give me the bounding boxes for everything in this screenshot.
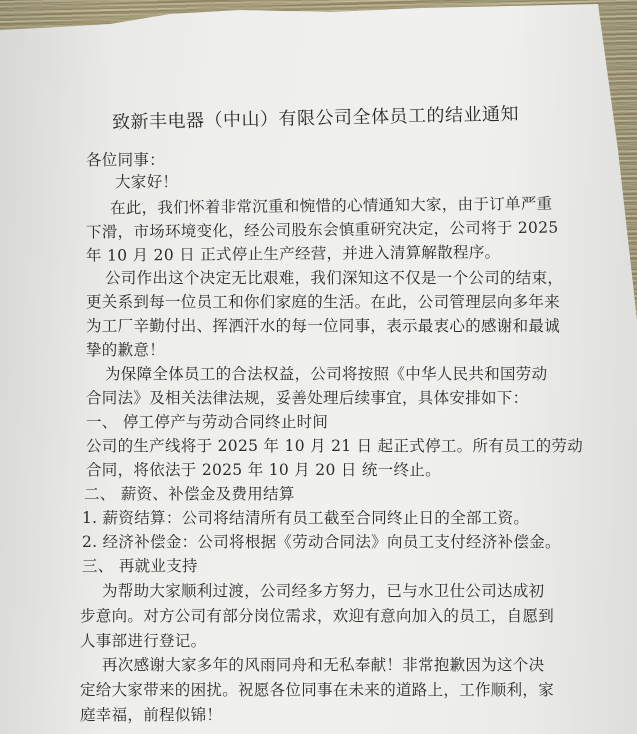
text-line: 步意向。对方公司有部分岗位需求，欢迎有意向加入的员工，自愿到 bbox=[80, 604, 554, 626]
text-line: 在此，我们怀着非常沉重和惋惜的心情通知大家，由于订单严重 bbox=[110, 192, 553, 219]
salutation: 各位同事： bbox=[86, 148, 165, 170]
text-line: 庭幸福，前程似锦！ bbox=[80, 703, 222, 725]
text-line: 定给大家带来的困扰。祝愿各位同事在未来的道路上，工作顺利，家 bbox=[80, 678, 554, 700]
text-line: 合同法》及相关法律法规，妥善处理后续事宜，具体安排如下： bbox=[86, 386, 528, 408]
text-line: 公司作出这个决定无比艰难，我们深知这不仅是一个公司的结束， bbox=[105, 266, 563, 288]
text-line: 更关系到每一位员工和你们家庭的生活。在此，公司管理层向多年来 bbox=[86, 290, 560, 312]
text-line: 挚的歉意！ bbox=[86, 338, 165, 360]
text-line: 为帮助大家顺利过渡，公司经多方努力，已与水卫仕公司达成初 bbox=[102, 579, 544, 601]
text-line: 为工厂辛勤付出、挥洒汗水的每一位同事，表示最衷心的感谢和最诚 bbox=[86, 314, 560, 336]
section-heading-1: 一、 停工停产与劳动合同终止时间 bbox=[86, 410, 328, 432]
text-line: 人事部进行登记。 bbox=[80, 629, 206, 651]
text-line: 年 10 月 20 日 正式停止生产经营，并进入清算解散程序。 bbox=[86, 240, 501, 266]
list-item: 2. 经济补偿金：公司将根据《劳动合同法》向员工支付经济补偿金。 bbox=[82, 530, 561, 552]
text-line: 合同，将依法于 2025 年 10 月 20 日 统一终止。 bbox=[86, 458, 441, 480]
list-item: 1. 薪资结算：公司将结清所有员工截至合同终止日的全部工资。 bbox=[82, 506, 529, 528]
section-heading-3: 三、 再就业支持 bbox=[82, 554, 198, 576]
text-line: 公司的生产线将于 2025 年 10 月 21 日 起正式停工。所有员工的劳动 bbox=[86, 434, 583, 456]
text-line: 大家好！ bbox=[115, 170, 178, 192]
text-line: 为保障全体员工的合法权益，公司将按照《中华人民共和国劳动 bbox=[105, 362, 547, 384]
text-line: 再次感谢大家多年的风雨同舟和无私奉献！非常抱歉因为这个决 bbox=[102, 653, 544, 675]
section-heading-2: 二、 薪资、补偿金及费用结算 bbox=[84, 482, 295, 504]
